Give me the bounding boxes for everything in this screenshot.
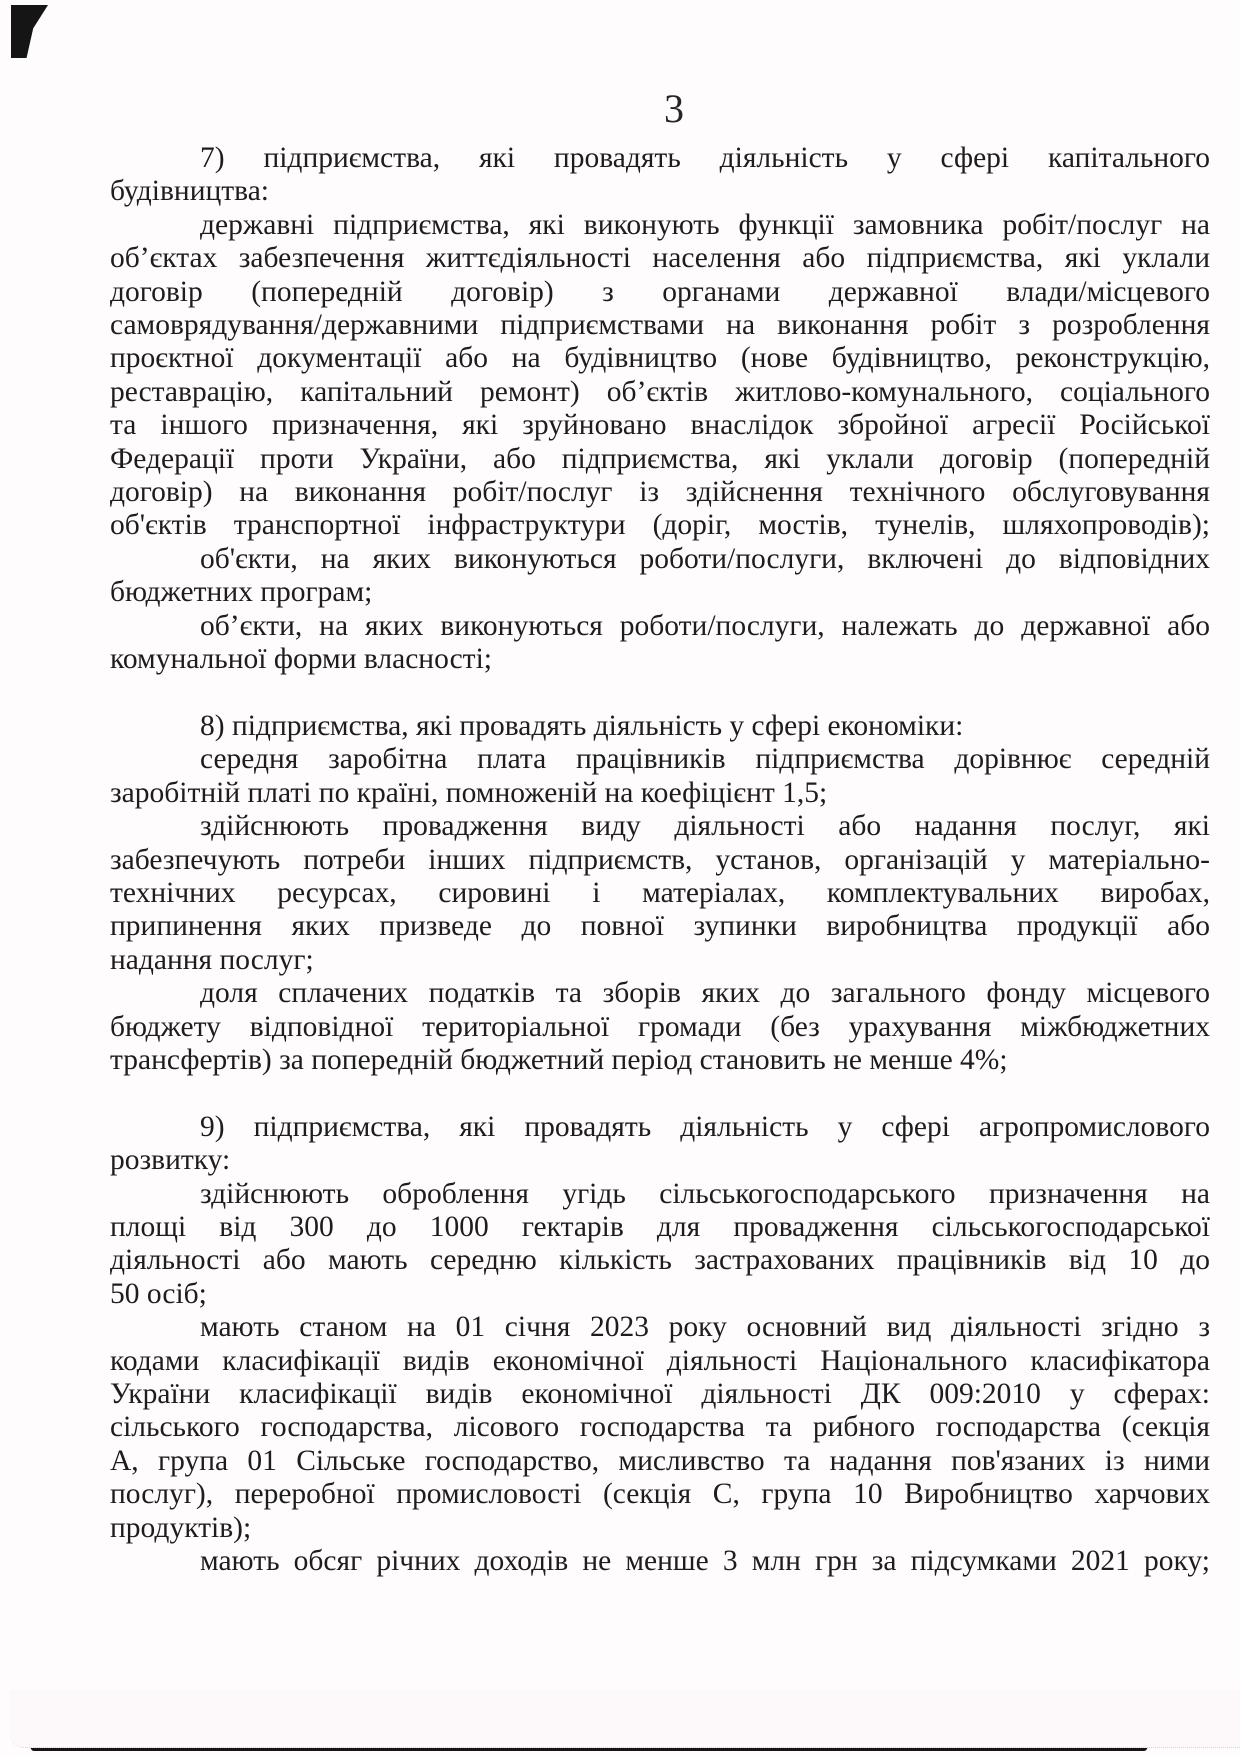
text-line: здійснюють провадження виду діяльності а… [110,810,1210,843]
paragraph: здійснюють провадження виду діяльності а… [110,810,1210,977]
paragraph: 7) підприємства, які провадять діяльніст… [110,142,1210,209]
paragraph: середня заробітна плата працівників підп… [110,743,1210,810]
text-line: надання послуг; [110,944,1210,977]
text-content: 7) підприємства, які провадять діяльніст… [110,142,1210,1578]
text-line: технічних ресурсах, сировині і матеріала… [110,877,1210,910]
text-line: об'єкти, на яких виконуються роботи/посл… [110,543,1210,576]
text-line: самоврядування/державними підприємствами… [110,309,1210,342]
text-line: продуктів); [110,1512,1210,1545]
paragraph: мають обсяг річних доходів не менше 3 мл… [110,1545,1210,1578]
page-number: 3 [110,86,1210,132]
text-line: бюджетних програм; [110,576,1210,609]
text-line: заробітній платі по країні, помноженій н… [110,777,1210,810]
text-line: забезпечують потреби інших підприємств, … [110,844,1210,877]
scan-bottom-bar-artifact [30,1737,1148,1751]
text-line: реставрацію, капітальний ремонт) об’єкті… [110,376,1210,409]
text-line: 9) підприємства, які провадять діяльніст… [110,1111,1210,1144]
paragraph: здійснюють оброблення угідь сільськогосп… [110,1178,1210,1312]
scan-corner-artifact [11,5,48,58]
text-line: сільського господарства, лісового господ… [110,1411,1210,1444]
paragraph: об'єкти, на яких виконуються роботи/посл… [110,543,1210,610]
text-line: України класифікації видів економічної д… [110,1378,1210,1411]
text-line: об’єкти, на яких виконуються роботи/посл… [110,610,1210,643]
text-line: 7) підприємства, які провадять діяльніст… [110,142,1210,175]
text-line: середня заробітна плата працівників підп… [110,743,1210,776]
text-line: 8) підприємства, які провадять діяльніст… [110,710,1210,743]
text-line: кодами класифікації видів економічної ді… [110,1345,1210,1378]
text-line: договір) на виконання робіт/послуг із зд… [110,476,1210,509]
text-line: діяльності або мають середню кількість з… [110,1244,1210,1277]
text-line: будівництва: [110,175,1210,208]
paragraph: державні підприємства, які виконують фун… [110,209,1210,543]
text-line: послуг), переробної промисловості (секці… [110,1478,1210,1511]
text-line: доля сплачених податків та зборів яких д… [110,977,1210,1010]
text-line: проєктної документації або на будівництв… [110,342,1210,375]
paragraph: мають станом на 01 січня 2023 року основ… [110,1311,1210,1545]
text-line: комунальної форми власності; [110,643,1210,676]
text-line: розвитку: [110,1144,1210,1177]
document-page: 3 7) підприємства, які провадять діяльні… [0,0,1240,1755]
text-line: Федерації проти України, або підприємств… [110,443,1210,476]
text-line: здійснюють оброблення угідь сільськогосп… [110,1178,1210,1211]
text-line: та іншого призначення, які зруйновано вн… [110,409,1210,442]
text-line: 50 осіб; [110,1278,1210,1311]
text-line: мають станом на 01 січня 2023 року основ… [110,1311,1210,1344]
text-line: договір (попередній договір) з органами … [110,276,1210,309]
text-line: трансфертів) за попередній бюджетний пер… [110,1044,1210,1077]
text-line: припинення яких призведе до повної зупин… [110,910,1210,943]
paragraph: доля сплачених податків та зборів яких д… [110,977,1210,1077]
text-line: А, група 01 Сільське господарство, мисли… [110,1445,1210,1478]
paragraph: 8) підприємства, які провадять діяльніст… [110,710,1210,743]
paragraph: об’єкти, на яких виконуються роботи/посл… [110,610,1210,677]
text-line: бюджету відповідної територіальної грома… [110,1011,1210,1044]
text-line: об’єктах забезпечення життєдіяльності на… [110,242,1210,275]
text-line: державні підприємства, які виконують фун… [110,209,1210,242]
text-line: об'єктів транспортної інфраструктури (до… [110,509,1210,542]
paragraph: 9) підприємства, які провадять діяльніст… [110,1111,1210,1178]
text-line: площі від 300 до 1000 гектарів для прова… [110,1211,1210,1244]
text-line: мають обсяг річних доходів не менше 3 мл… [110,1545,1210,1578]
